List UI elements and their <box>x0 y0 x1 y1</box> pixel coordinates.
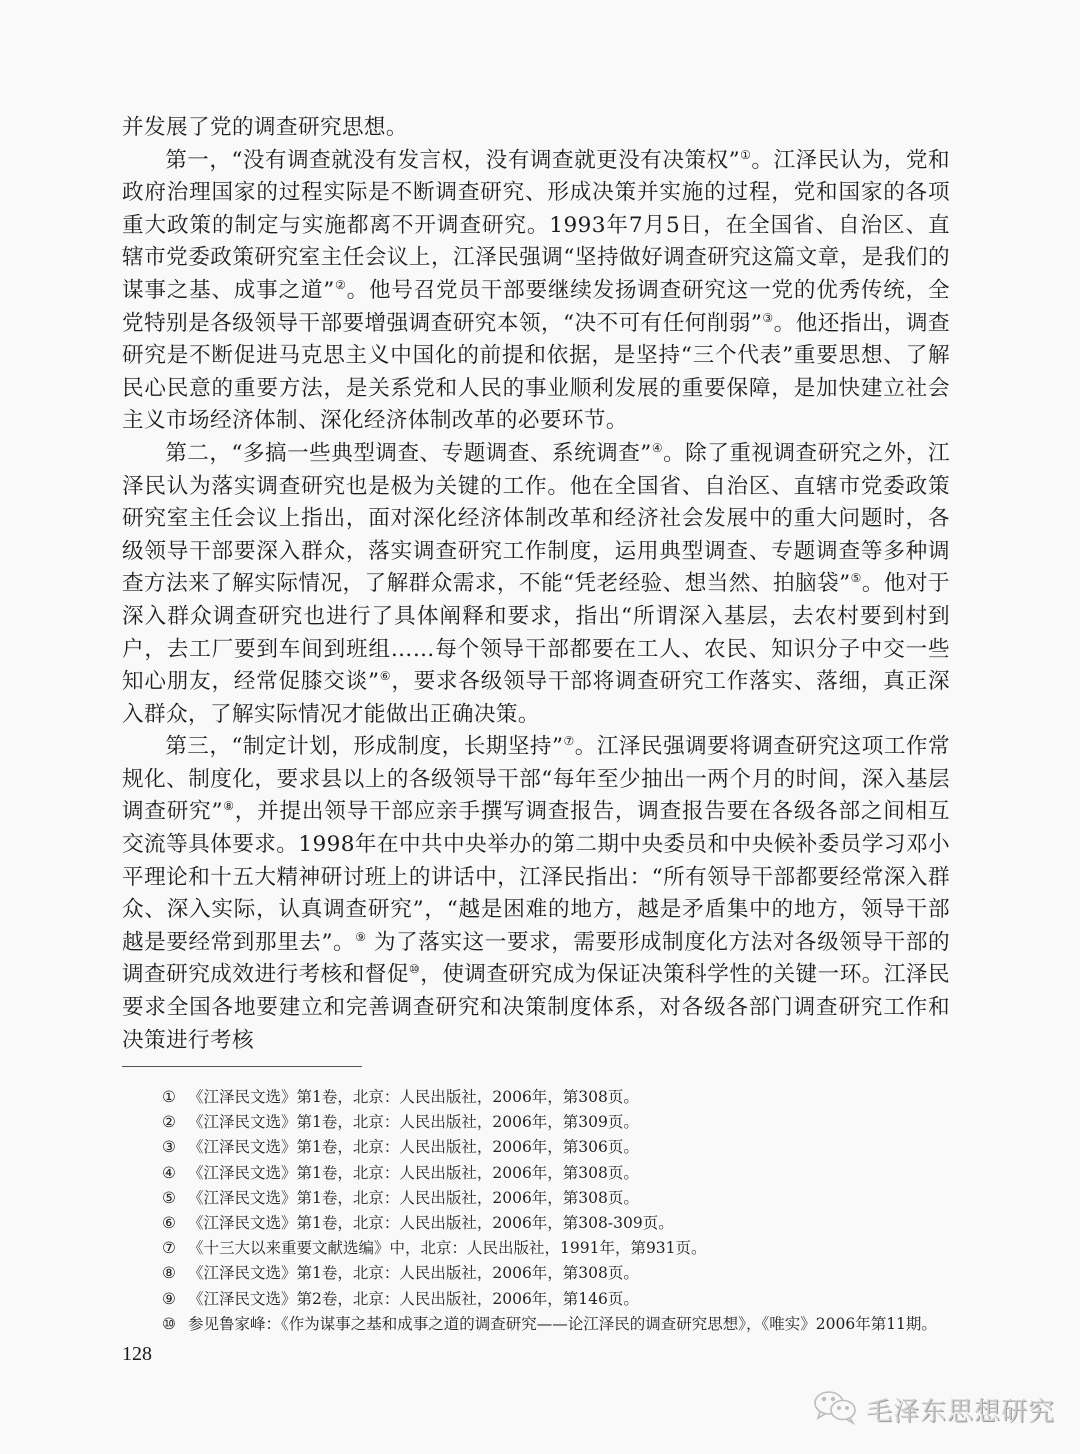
body-text: 并发展了党的调查研究思想。第一，“没有调查就没有发言权，没有调查就更没有决策权”… <box>122 112 950 1057</box>
footnote-text: 《江泽民文选》第1卷，北京：人民出版社，2006年，第309页。 <box>188 1113 639 1131</box>
footnote-text: 《江泽民文选》第1卷，北京：人民出版社，2006年，第308-309页。 <box>188 1214 674 1232</box>
footnote-reference[interactable]: ⑤ <box>851 571 862 585</box>
footnote-item: ⑩参见鲁家峰：《作为谋事之基和成事之道的调查研究——论江泽民的调查研究思想》，《… <box>162 1312 982 1337</box>
footnote-reference[interactable]: ⑥ <box>379 669 391 683</box>
footnote-item: ①《江泽民文选》第1卷，北京：人民出版社，2006年，第308页。 <box>162 1085 982 1110</box>
footnote-divider <box>122 1066 362 1067</box>
footnote-text: 《江泽民文选》第2卷，北京：人民出版社，2006年，第146页。 <box>188 1290 639 1308</box>
document-page: 并发展了党的调查研究思想。第一，“没有调查就没有发言权，没有调查就更没有决策权”… <box>122 112 950 1057</box>
footnote-item: ④《江泽民文选》第1卷，北京：人民出版社，2006年，第308页。 <box>162 1161 982 1186</box>
footnote-reference[interactable]: ⑩ <box>409 962 420 976</box>
paragraph: 第二，“多搞一些典型调查、专题调查、系统调查”④。除了重视调查研究之外，江泽民认… <box>122 438 950 731</box>
paragraph-text: 第一，“没有调查就没有发言权，没有调查就更没有决策权” <box>165 148 740 173</box>
footnote-mark: ② <box>162 1110 188 1135</box>
footnote-mark: ⑥ <box>162 1211 188 1236</box>
footnote-reference[interactable]: ⑨ <box>355 930 366 944</box>
footnote-text: 《江泽民文选》第1卷，北京：人民出版社，2006年，第308页。 <box>188 1264 639 1282</box>
footnote-reference[interactable]: ⑧ <box>223 799 235 813</box>
footnote-text: 参见鲁家峰：《作为谋事之基和成事之道的调查研究——论江泽民的调查研究思想》，《唯… <box>188 1315 937 1333</box>
footnote-reference[interactable]: ② <box>335 278 347 292</box>
footnote-reference[interactable]: ③ <box>762 310 773 324</box>
footnote-mark: ⑦ <box>162 1236 188 1261</box>
footnote-reference[interactable]: ① <box>740 147 751 161</box>
watermark: 毛泽东思想研究 <box>812 1389 1055 1429</box>
footnote-item: ⑧《江泽民文选》第1卷，北京：人民出版社，2006年，第308页。 <box>162 1261 982 1286</box>
footnote-item: ⑦《十三大以来重要文献选编》中，北京：人民出版社，1991年，第931页。 <box>162 1236 982 1261</box>
footnote-item: ③《江泽民文选》第1卷，北京：人民出版社，2006年，第306页。 <box>162 1135 982 1160</box>
footnote-item: ⑨《江泽民文选》第2卷，北京：人民出版社，2006年，第146页。 <box>162 1287 982 1312</box>
wechat-icon <box>812 1389 866 1429</box>
footnote-reference[interactable]: ⑦ <box>563 734 574 748</box>
footnotes: ①《江泽民文选》第1卷，北京：人民出版社，2006年，第308页。②《江泽民文选… <box>162 1085 982 1337</box>
footnote-mark: ⑧ <box>162 1261 188 1286</box>
paragraph: 第一，“没有调查就没有发言权，没有调查就更没有决策权”①。江泽民认为，党和政府治… <box>122 145 950 438</box>
paragraph-text: 第二，“多搞一些典型调查、专题调查、系统调查” <box>165 441 652 466</box>
footnote-reference[interactable]: ④ <box>652 441 663 455</box>
paragraph-text: 并发展了党的调查研究思想。 <box>122 115 408 140</box>
footnote-mark: ⑤ <box>162 1186 188 1211</box>
footnote-mark: ⑩ <box>162 1312 188 1337</box>
footnote-text: 《江泽民文选》第1卷，北京：人民出版社，2006年，第308页。 <box>188 1164 639 1182</box>
footnote-mark: ⑨ <box>162 1287 188 1312</box>
watermark-text: 毛泽东思想研究 <box>866 1391 1055 1428</box>
footnote-text: 《江泽民文选》第1卷，北京：人民出版社，2006年，第308页。 <box>188 1088 639 1106</box>
footnote-text: 《江泽民文选》第1卷，北京：人民出版社，2006年，第308页。 <box>188 1189 639 1207</box>
footnote-item: ②《江泽民文选》第1卷，北京：人民出版社，2006年，第309页。 <box>162 1110 982 1135</box>
paragraph-text: 第三，“制定计划，形成制度，长期坚持” <box>165 734 563 759</box>
paragraph: 第三，“制定计划，形成制度，长期坚持”⑦。江泽民强调要将调查研究这项工作常规化、… <box>122 731 950 1057</box>
footnote-text: 《十三大以来重要文献选编》中，北京：人民出版社，1991年，第931页。 <box>188 1239 707 1257</box>
footnote-mark: ① <box>162 1085 188 1110</box>
footnote-mark: ③ <box>162 1135 188 1160</box>
footnote-text: 《江泽民文选》第1卷，北京：人民出版社，2006年，第306页。 <box>188 1138 639 1156</box>
page-number: 128 <box>122 1343 152 1366</box>
footnote-item: ⑥《江泽民文选》第1卷，北京：人民出版社，2006年，第308-309页。 <box>162 1211 982 1236</box>
paragraph: 并发展了党的调查研究思想。 <box>122 112 950 145</box>
footnote-mark: ④ <box>162 1161 188 1186</box>
footnote-item: ⑤《江泽民文选》第1卷，北京：人民出版社，2006年，第308页。 <box>162 1186 982 1211</box>
